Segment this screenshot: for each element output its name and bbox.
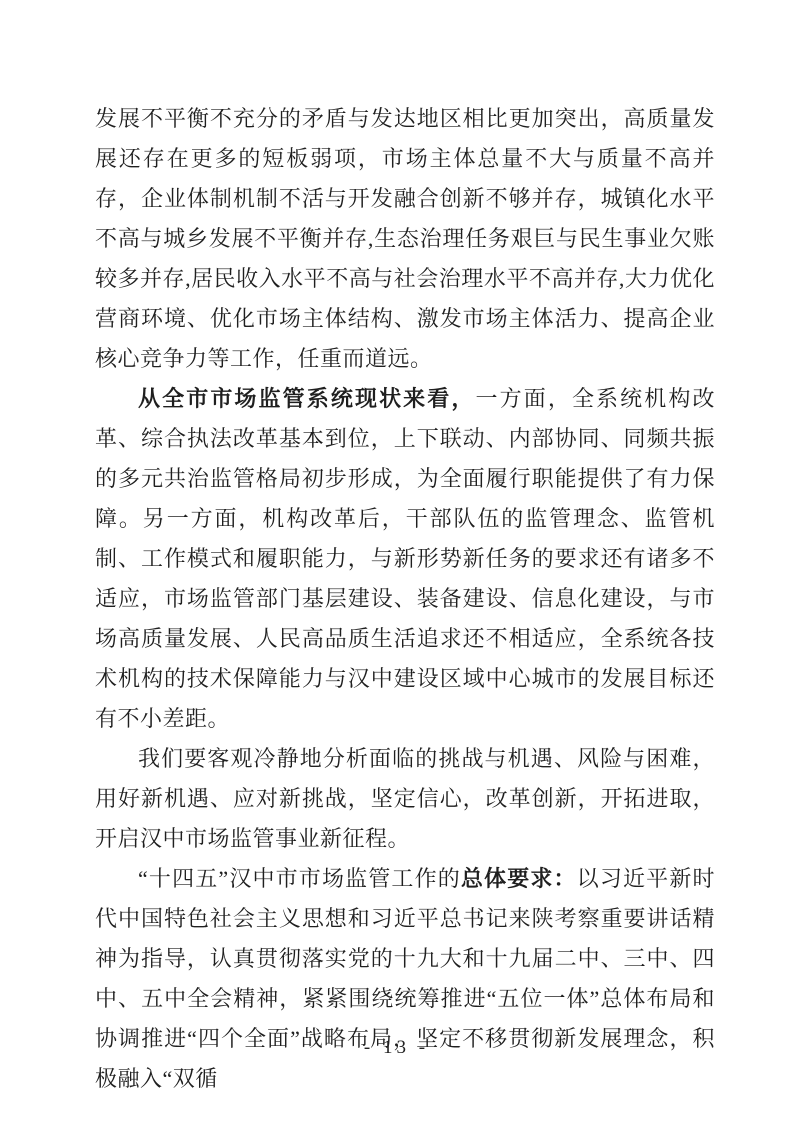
bold-text-run: 总体要求： (461, 866, 577, 891)
paragraph: “十四五”汉中市市场监管工作的总体要求：以习近平新时代中国特色社会主义思想和习近… (95, 859, 715, 1099)
page-footer: - 13 - (0, 1036, 793, 1060)
paragraph: 从全市市场监管系统现状来看，一方面，全系统机构改革、综合执法改革基本到位，上下联… (95, 379, 715, 739)
paragraph: 我们要客观冷静地分析面临的挑战与机遇、风险与困难，用好新机遇、应对新挑战，坚定信… (95, 739, 715, 859)
text-run: “十四五”汉中市市场监管工作的 (138, 866, 461, 891)
text-run: 发展不平衡不充分的矛盾与发达地区相比更加突出，高质量发展还存在更多的短板弱项，市… (95, 106, 715, 371)
bold-text-run: 从全市市场监管系统现状来看， (138, 386, 476, 411)
paragraph: 发展不平衡不充分的矛盾与发达地区相比更加突出，高质量发展还存在更多的短板弱项，市… (95, 99, 715, 379)
document-page: 发展不平衡不充分的矛盾与发达地区相比更加突出，高质量发展还存在更多的短板弱项，市… (0, 0, 793, 1122)
text-run: 我们要客观冷静地分析面临的挑战与机遇、风险与困难，用好新机遇、应对新挑战，坚定信… (95, 746, 715, 851)
page-number: - 13 - (364, 1037, 429, 1058)
document-text: 发展不平衡不充分的矛盾与发达地区相比更加突出，高质量发展还存在更多的短板弱项，市… (95, 99, 715, 1099)
text-run: 一方面，全系统机构改革、综合执法改革基本到位，上下联动、内部协同、同频共振的多元… (95, 386, 715, 731)
